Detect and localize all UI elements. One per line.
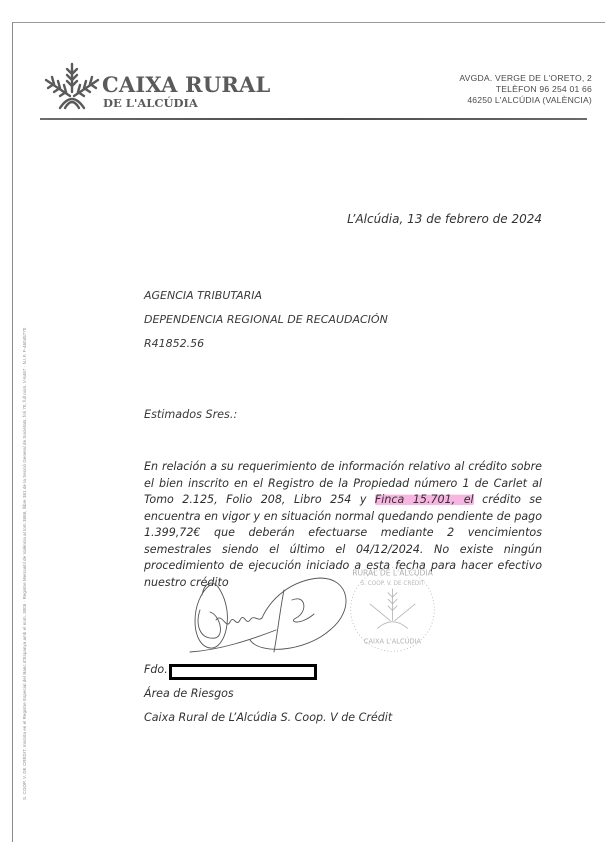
- letterhead-address: AVGDA. VERGE DE L'ORETO, 2 TELÈFON 96 25…: [459, 73, 592, 106]
- address-phone: TELÈFON 96 254 01 66: [459, 84, 592, 95]
- brand-subtitle: DE L'ALCÚDIA: [103, 96, 198, 110]
- recipient-agency: AGENCIA TRIBUTARIA: [144, 289, 388, 313]
- recipient-reference: R41852.56: [144, 337, 388, 361]
- wheat-sheaf-icon: [40, 60, 104, 110]
- brand-name: CAIXA RURAL: [102, 72, 270, 97]
- stamp-sub-text: S. COOP. V. DE CRÈDIT: [361, 579, 425, 587]
- page-border-left: [12, 22, 13, 842]
- brand-logo: CAIXA RURAL DE L'ALCÚDIA: [40, 60, 260, 112]
- stamp-top-text: RURAL DE L'ALCÚDIA: [352, 568, 433, 577]
- handwritten-signature: [180, 560, 360, 660]
- recipient-department: DEPENDENCIA REGIONAL DE RECAUDACIÓN: [144, 313, 388, 337]
- address-street: AVGDA. VERGE DE L'ORETO, 2: [459, 73, 592, 84]
- signed-label: Fdo.: [144, 663, 168, 676]
- recipient-block: AGENCIA TRIBUTARIA DEPENDENCIA REGIONAL …: [144, 289, 388, 361]
- company-stamp-icon: RURAL DE L'ALCÚDIA S. COOP. V. DE CRÈDIT…: [345, 562, 440, 657]
- address-city: 46250 L'ALCÚDIA (VALÈNCIA): [459, 95, 592, 106]
- place-date: L’Alcúdia, 13 de febrero de 2024: [347, 212, 542, 226]
- page-border-top: [13, 22, 605, 23]
- signer-organization: Caixa Rural de L’Alcúdia S. Coop. V de C…: [144, 711, 392, 735]
- header-divider: [40, 118, 587, 120]
- side-legal-text: S. COOP. V. DE CRÈDIT. Inscrita en el Re…: [22, 210, 27, 800]
- highlighted-finca: Finca 15.701, el: [375, 493, 474, 506]
- signed-by-row: Fdo.: [144, 663, 392, 687]
- stamp-bottom-text: CAIXA L'ALCÚDIA: [364, 637, 422, 646]
- signer-department: Área de Riesgos: [144, 687, 392, 711]
- greeting: Estimados Sres.:: [144, 408, 237, 421]
- redacted-signer-name: [169, 664, 317, 680]
- signoff-block: Fdo. Área de Riesgos Caixa Rural de L’Al…: [144, 663, 392, 735]
